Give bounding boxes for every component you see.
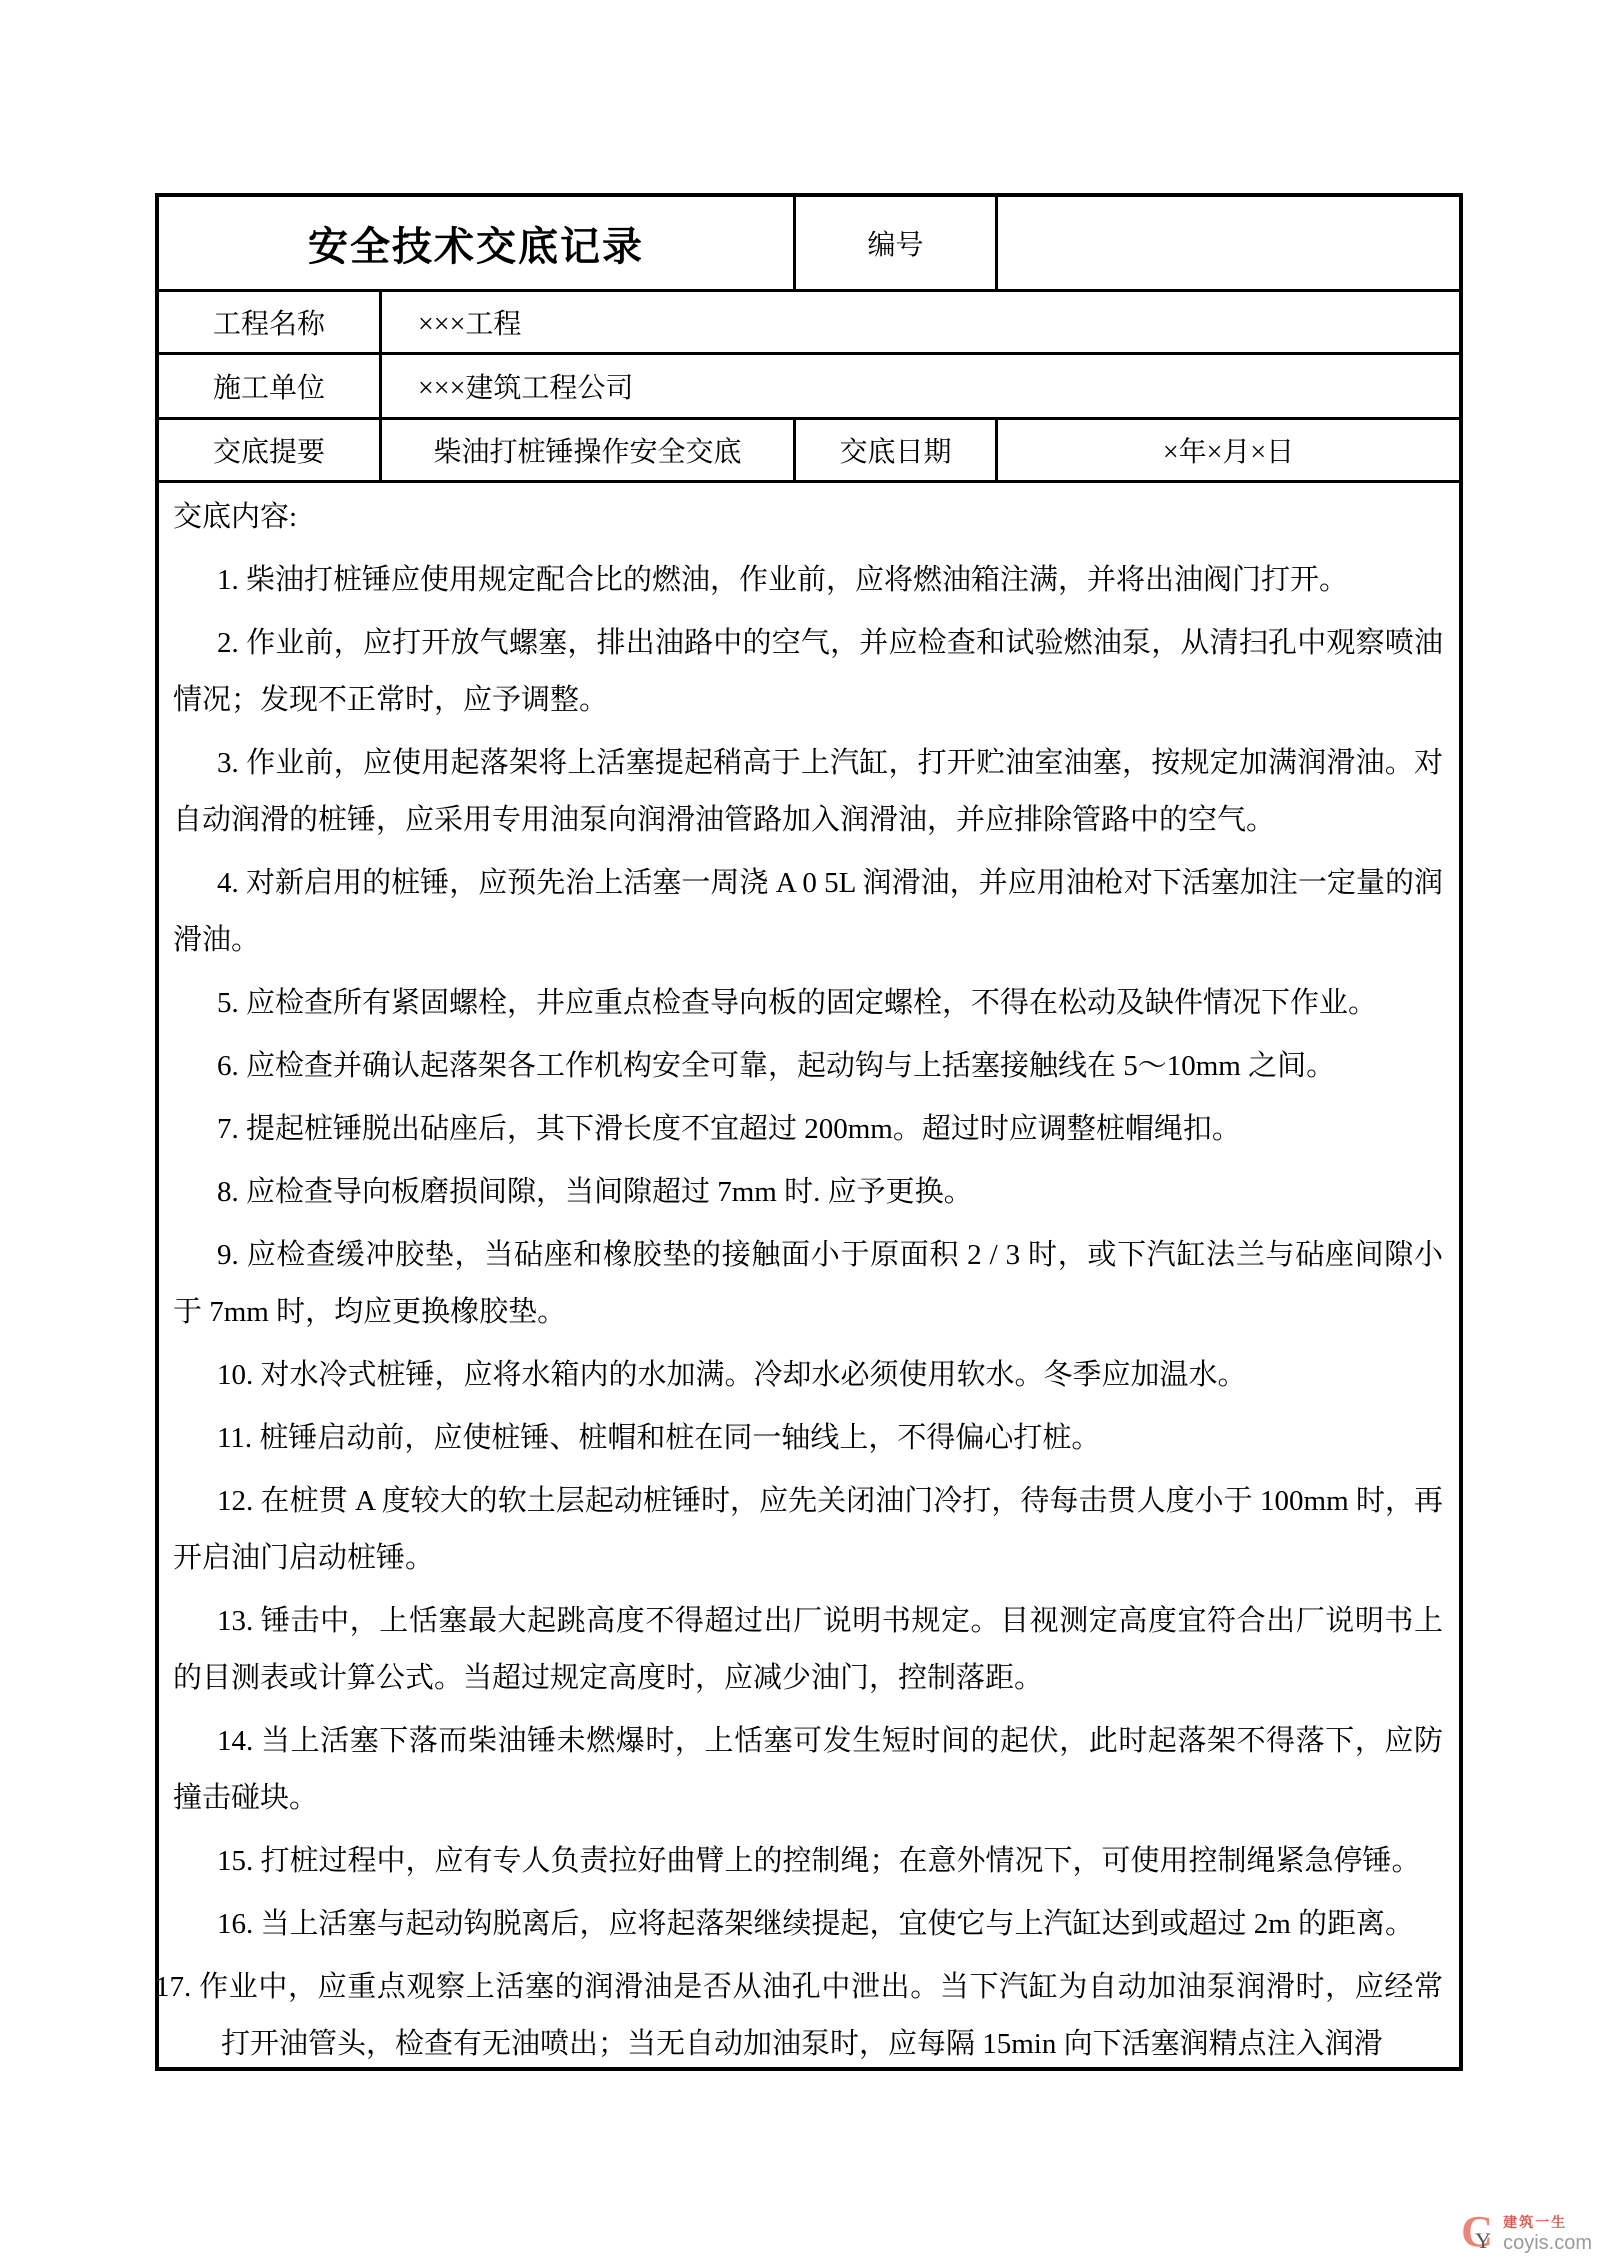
- project-name-value: ×××工程: [382, 292, 1459, 352]
- content-item-5: 5. 应检查所有紧固螺栓，井应重点检查导向板的固定螺栓，不得在松动及缺件情况下作…: [173, 975, 1443, 1032]
- content-item-7: 7. 提起桩锤脱出砧座后，其下滑长度不宜超过 200mm。超过时应调整桩帽绳扣。: [173, 1101, 1443, 1158]
- content-item-3: 3. 作业前，应使用起落架将上活塞提起稍高于上汽缸，打开贮油室油塞，按规定加满润…: [173, 735, 1443, 849]
- content-item-13: 13. 锤击中，上恬塞最大起跳高度不得超过出厂说明书规定。目视测定高度宜符合出厂…: [173, 1593, 1443, 1707]
- content-item-8: 8. 应检查导向板磨损间隙，当间隙超过 7mm 时. 应予更换。: [173, 1164, 1443, 1221]
- number-label: 编号: [796, 197, 998, 289]
- content-item-11: 11. 桩锤启动前，应使桩锤、桩帽和桩在同一轴线上，不得偏心打桩。: [173, 1410, 1443, 1467]
- content-item-14: 14. 当上活塞下落而柴油锤未燃爆时，上恬塞可发生短时间的起伏，此时起落架不得落…: [173, 1713, 1443, 1827]
- content-item-4: 4. 对新启用的桩锤，应预先治上活塞一周浇 A 0 5L 润滑油，并应用油枪对下…: [173, 855, 1443, 969]
- project-name-label: 工程名称: [159, 292, 382, 352]
- content-item-2: 2. 作业前，应打开放气螺塞，排出油路中的空气，并应检查和试验燃油泵，从清扫孔中…: [173, 615, 1443, 729]
- content-item-15: 15. 打桩过程中，应有专人负责拉好曲臂上的控制绳；在意外情况下，可使用控制绳紧…: [173, 1833, 1443, 1890]
- content-item-6: 6. 应检查并确认起落架各工作机构安全可靠，起动钩与上括塞接触线在 5～10mm…: [173, 1038, 1443, 1095]
- content-section-label: 交底内容:: [173, 489, 1443, 546]
- content-item-10: 10. 对水冷式桩锤，应将水箱内的水加满。冷却水必须使用软水。冬季应加温水。: [173, 1347, 1443, 1404]
- watermark-brand: 建筑一生: [1503, 2216, 1592, 2232]
- content-item-16: 16. 当上活塞与起动钩脱离后，应将起落架继续提起，宜使它与上汽缸达到或超过 2…: [173, 1896, 1443, 1953]
- watermark-text: 建筑一生 coyis.com: [1503, 2216, 1592, 2254]
- construction-unit-label: 施工单位: [159, 355, 382, 417]
- watermark-logo: C Y: [1461, 2210, 1495, 2254]
- watermark-logo-y: Y: [1475, 2230, 1491, 2252]
- table-row-summary: 交底提要 柴油打桩锤操作安全交底 交底日期 ×年×月×日: [159, 420, 1459, 483]
- number-value: [998, 197, 1459, 289]
- summary-label: 交底提要: [159, 420, 382, 480]
- table-row-company: 施工单位 ×××建筑工程公司: [159, 355, 1459, 420]
- summary-value: 柴油打桩锤操作安全交底: [382, 420, 796, 480]
- page-title: 安全技术交底记录: [159, 197, 796, 289]
- construction-unit-value: ×××建筑工程公司: [382, 355, 1459, 417]
- watermark-site: coyis.com: [1503, 2232, 1592, 2254]
- watermark: C Y 建筑一生 coyis.com: [1461, 2210, 1592, 2254]
- disclosure-content: 交底内容: 1. 柴油打桩锤应使用规定配合比的燃油，作业前，应将燃油箱注满，并将…: [159, 483, 1459, 2067]
- disclosure-record-table: 安全技术交底记录 编号 工程名称 ×××工程 施工单位 ×××建筑工程公司 交底…: [155, 193, 1463, 2071]
- content-item-1: 1. 柴油打桩锤应使用规定配合比的燃油，作业前，应将燃油箱注满，并将出油阀门打开…: [173, 552, 1443, 609]
- table-row-title: 安全技术交底记录 编号: [159, 197, 1459, 292]
- content-item-9: 9. 应检查缓冲胶垫，当砧座和橡胶垫的接触面小于原面积 2 / 3 时，或下汽缸…: [173, 1227, 1443, 1341]
- content-item-12: 12. 在桩贯 A 度较大的软土层起动桩锤时，应先关闭油门冷打，待每击贯人度小于…: [173, 1473, 1443, 1587]
- date-label: 交底日期: [796, 420, 998, 480]
- table-row-project: 工程名称 ×××工程: [159, 292, 1459, 355]
- date-value: ×年×月×日: [998, 420, 1459, 480]
- content-item-17: 17. 作业中，应重点观察上活塞的润滑油是否从油孔中泄出。当下汽缸为自动加油泵润…: [173, 1959, 1443, 2073]
